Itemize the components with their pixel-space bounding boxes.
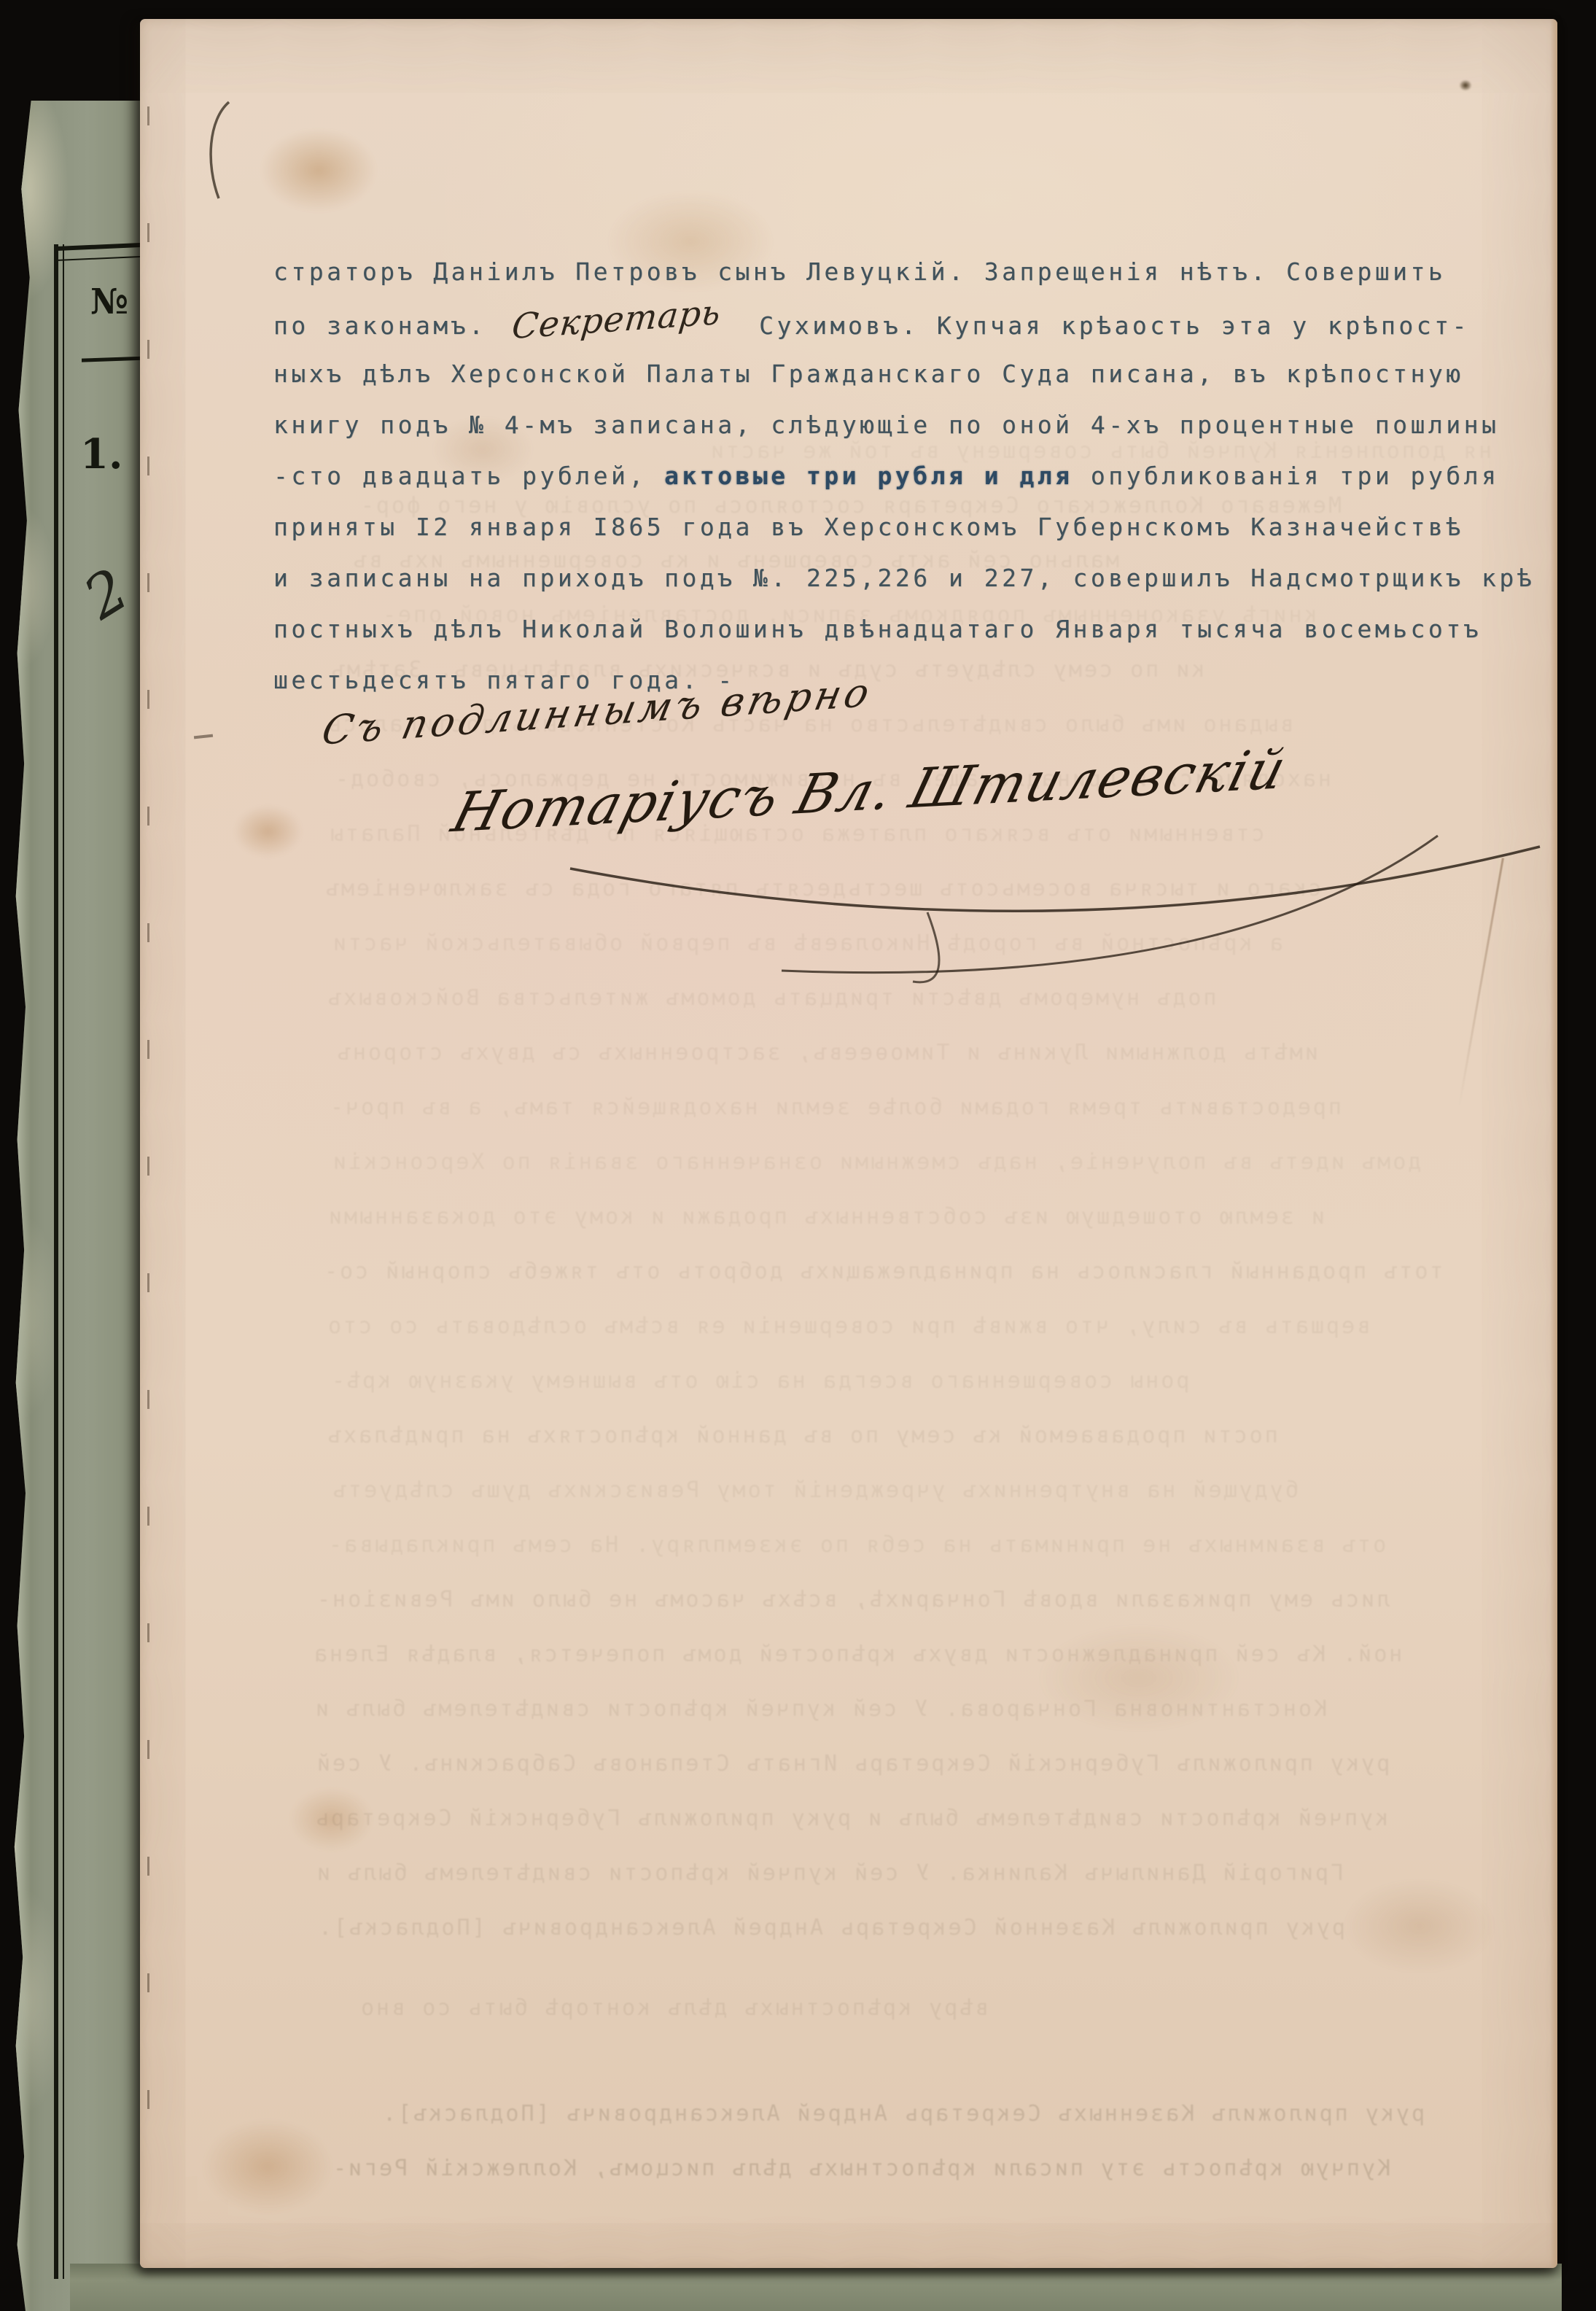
- scanned-archival-page: № 1. 2 ня дополненія Купчей быть соверше…: [0, 0, 1596, 2311]
- typed-segment: и записаны на приходъ подъ №. 225,226 и …: [273, 564, 1535, 592]
- typed-segment: опубликованія три рубля: [1073, 462, 1500, 490]
- bleedthrough-line: тотъ проданный гласилось на принадлежащи…: [322, 1259, 1444, 1284]
- typed-text: страторъ Даніилъ Петровъ сынъ Левуцкій. …: [273, 246, 1527, 706]
- typed-segment: страторъ Даніилъ Петровъ сынъ Левуцкій. …: [273, 257, 1446, 286]
- bleedthrough-line: пости продаваемой къ сему по въ данной к…: [326, 1423, 1278, 1448]
- bleedthrough-line: ной. Къ сей принадлежности двухъ крѣпост…: [312, 1642, 1402, 1667]
- typed-segment: актовые три рубля и для: [664, 462, 1073, 490]
- stain: [260, 128, 377, 212]
- stain: [233, 805, 303, 858]
- typed-line: приняты I2 января I865 года въ Херсонско…: [273, 502, 1527, 553]
- bleedthrough-line: купчей крѣпости свидѣтелемъ былъ и руку …: [314, 1806, 1388, 1831]
- typed-line: по законамъ. Секретарь Сухимовъ. Купчая …: [273, 298, 1527, 349]
- cover-case-number: 1.: [80, 430, 122, 478]
- bleedthrough-line: Григорій Данилычъ Калинка. У сей купчей …: [315, 1860, 1344, 1886]
- typed-segment: Сухимовъ. Купчая крѣаость эта у крѣпост-: [741, 311, 1470, 340]
- bleedthrough-line: лись ему приказали вдовѣ Гончарихѣ, всѣх…: [315, 1587, 1390, 1612]
- typed-line: и записаны на приходъ подъ №. 225,226 и …: [273, 553, 1527, 604]
- stain: [202, 2119, 333, 2214]
- bleedthrough-line: вѣру крѣпостныхъ дѣлъ конторѣ быть со вн…: [359, 1995, 989, 2021]
- typed-segment: -сто двадцать рублей,: [273, 462, 664, 490]
- bleedthrough-line: будущей на внутреннихъ учрежденій тому Р…: [331, 1477, 1299, 1503]
- bleedthrough-line: руку приложилъ Казенной Секретарь Андрей…: [316, 1915, 1345, 1941]
- typed-line: страторъ Даніилъ Петровъ сынъ Левуцкій. …: [273, 246, 1527, 298]
- bleedthrough-line: вершать въ силу, что вживѣ при совершені…: [326, 1313, 1370, 1339]
- bleedthrough-line: Константиновна Гончарова. У сей купчей к…: [314, 1696, 1327, 1722]
- typed-segment: по законамъ.: [273, 311, 505, 340]
- stain: [1343, 1879, 1496, 1973]
- typed-segment: приняты I2 января I865 года въ Херсонско…: [273, 513, 1464, 541]
- bleedthrough-line: отъ взаимныхъ не принимать на себя по эк…: [327, 1532, 1386, 1558]
- typed-line: ныхъ дѣлъ Херсонской Палаты Гражданскаго…: [273, 349, 1527, 400]
- bleedthrough-line: имѣть должными Лукинъ и Тимоѳеевъ, застр…: [335, 1040, 1318, 1065]
- page-torn-right-edge: [1550, 19, 1557, 2268]
- document-page: ня дополненія Купчей быть совершену въ т…: [140, 19, 1557, 2268]
- signature-flourish: [548, 825, 1596, 993]
- handwritten-inline-word: Секретарь: [509, 287, 723, 354]
- book-cover-binding: № 1. 2: [12, 101, 150, 2311]
- cover-number-sign: №: [90, 281, 128, 322]
- bleedthrough-line: руку приложилъ Губернскій Секретарь Игна…: [315, 1751, 1390, 1776]
- binding-stitch-marks: [147, 106, 149, 2207]
- bleedthrough-line: Купчую крѣпость эту писали крѣпостныхъ д…: [331, 2156, 1390, 2181]
- cover-bottom-strip: [70, 2264, 1562, 2311]
- ink-speck: [1460, 80, 1471, 90]
- bleedthrough-line: и землю отошедшую изъ собственныхъ прода…: [327, 1204, 1325, 1230]
- pen-mark-top-left: [200, 96, 244, 206]
- typed-line: книгу подъ № 4-мъ записана, слѣдующіе по…: [273, 400, 1527, 451]
- typed-segment: книгу подъ № 4-мъ записана, слѣдующіе по…: [273, 411, 1499, 439]
- bleedthrough-line: роны совершеннаго всегда на сію отъ вышн…: [330, 1368, 1189, 1394]
- bleedthrough-line: домъ идетъ въ полученіе, надъ смежными о…: [331, 1149, 1421, 1175]
- typed-line: -сто двадцать рублей, актовые три рубля …: [273, 451, 1527, 502]
- bleedthrough-line: руку приложилъ Казенныхъ Секретарь Андре…: [381, 2101, 1425, 2126]
- typed-segment: постныхъ дѣлъ Николай Волошинъ двѣнадцат…: [273, 615, 1482, 643]
- margin-pen-dash: [194, 734, 213, 739]
- typed-line: постныхъ дѣлъ Николай Волошинъ двѣнадцат…: [273, 604, 1527, 655]
- typed-segment: ныхъ дѣлъ Херсонской Палаты Гражданскаго…: [273, 360, 1464, 388]
- bleedthrough-line: предоставить тремя годами болѣе земли на…: [328, 1095, 1342, 1120]
